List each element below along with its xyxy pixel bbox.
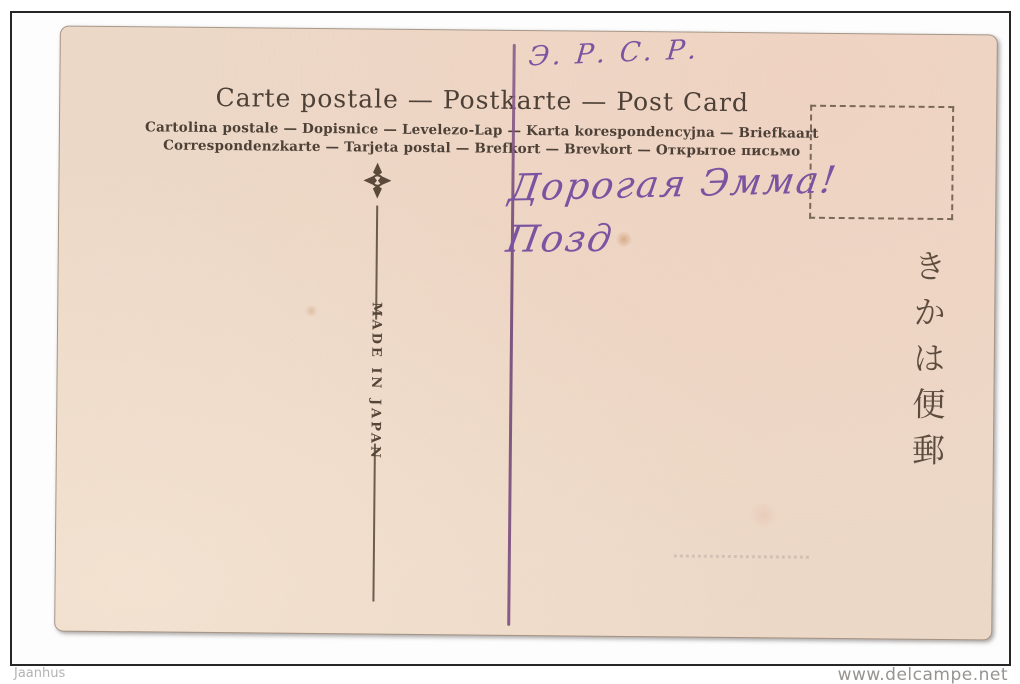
- faint-pencil-marks: [674, 554, 809, 558]
- paper-stain: [304, 305, 318, 317]
- japanese-postcard-imprint: きかは便郵: [903, 249, 952, 479]
- postcard-scan-frame: Carte postale — Postkarte — Post Card Ca…: [10, 11, 1011, 666]
- made-in-japan-label: MADE IN JAPAN: [367, 302, 384, 461]
- paper-stain: [746, 503, 780, 527]
- handwriting-greeting: Дорогая Эмма!: [506, 158, 840, 209]
- printed-header: Carte postale — Postkarte — Post Card Ca…: [54, 81, 911, 160]
- postcard-back: Carte postale — Postkarte — Post Card Ca…: [54, 26, 998, 641]
- left-divider-line-lower: [372, 444, 376, 602]
- postcard-title-line: Carte postale — Postkarte — Post Card: [54, 81, 910, 118]
- handwriting-top: Э. Р. С. Р.: [527, 34, 701, 72]
- watermark-site: www.delcampe.net: [838, 665, 1008, 684]
- paper-stain: [615, 232, 633, 247]
- publisher-ornament-icon: [362, 161, 392, 199]
- handwriting-line2: Позд: [503, 217, 616, 261]
- watermark-seller: Jaanhus: [14, 666, 65, 681]
